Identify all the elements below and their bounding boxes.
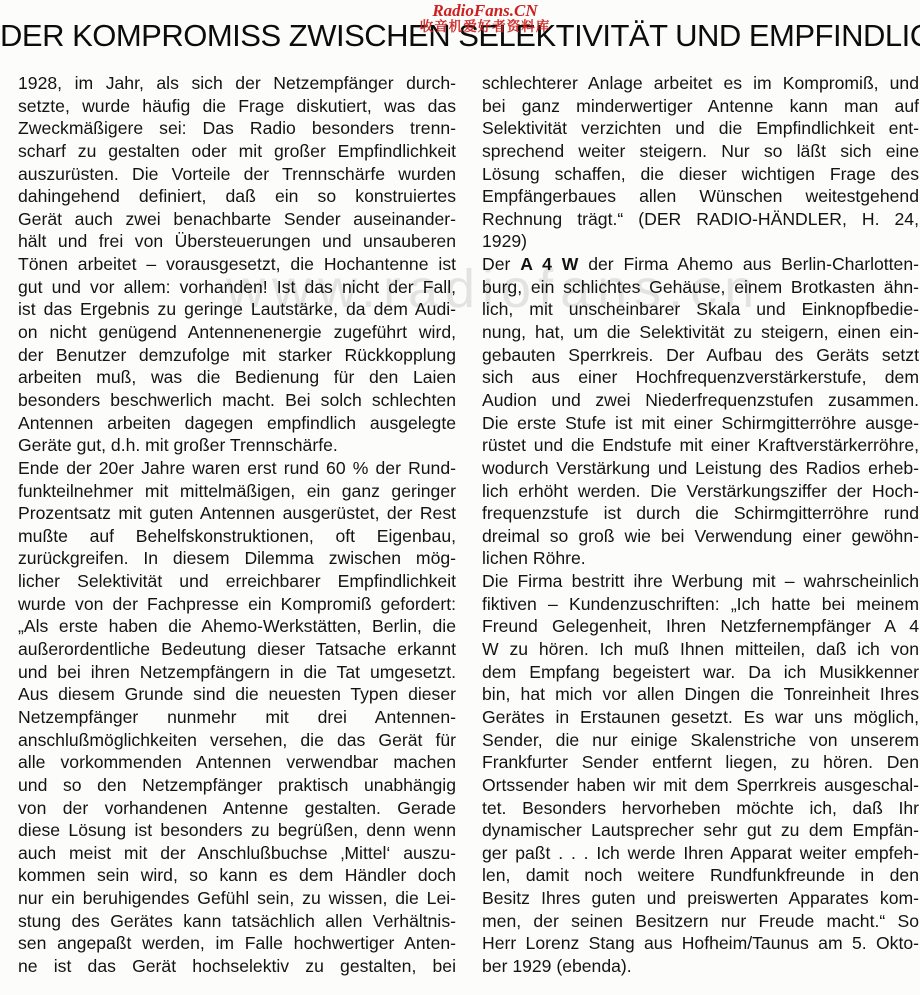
text-line: nur ein beruhigendes Gefühl sein, zu wis… xyxy=(18,887,456,910)
text-line: licher Selektivität und erreichbarer Emp… xyxy=(18,570,456,593)
text-line: 1928, im Jahr, als sich der Netzempfänge… xyxy=(18,72,456,95)
text-line: dem Empfang begeistert war. Da ich Musik… xyxy=(482,661,919,684)
text-line: on nicht genügend Antennenenergie zugefü… xyxy=(18,321,456,344)
text-line: auszurüsten. Die Vorteile der Trennschär… xyxy=(18,163,456,186)
text-line: scharf zu gestalten oder mit großer Empf… xyxy=(18,140,456,163)
text-line: stung des Gerätes kann tatsächlich allen… xyxy=(18,910,456,933)
text-line: ne ist das Gerät hochselektiv zu gestalt… xyxy=(18,955,456,978)
text-line: bin, hat mich vor allen Dingen die Tonre… xyxy=(482,683,919,706)
text-line: rüstet und die Endstufe mit einer Kraftv… xyxy=(482,434,919,457)
text-line: wurde von der Fachpresse ein Kompromiß g… xyxy=(18,593,456,616)
text-line: Netzempfänger nunmehr mit drei Antennen- xyxy=(18,706,456,729)
text-line: lich, mit unscheinbarer Skala und Einkno… xyxy=(482,298,919,321)
text-line: tet. Besonders hervorheben möchte ich, d… xyxy=(482,797,919,820)
text-line: anschlußmöglichkeiten versehen, die das … xyxy=(18,729,456,752)
text-line: Gerätes in Erstaunen gesetzt. Es war uns… xyxy=(482,706,919,729)
text-line: von der vorhandenen Antenne gestalten. G… xyxy=(18,797,456,820)
text-line: Freund Gelegenheit, Ihren Netzfernempfän… xyxy=(482,615,919,638)
text-line: dahingehend definiert, daß ein so konstr… xyxy=(18,185,456,208)
text-line: Sender, die nur einige Skalenstriche von… xyxy=(482,729,919,752)
text-line: Herr Lorenz Stang aus Hofheim/Taunus am … xyxy=(482,932,919,955)
text-line: der Benutzer demzufolge mit starker Rück… xyxy=(18,344,456,367)
text-line: nung, hat, um die Selektivität zu steige… xyxy=(482,321,919,344)
text-line: lich erhöht werden. Die Verstärkungsziff… xyxy=(482,480,919,503)
text-line: Zweckmäßigere sei: Das Radio besonders t… xyxy=(18,117,456,140)
site-watermark: RadioFans.CN 收音机爱好者资料库 xyxy=(420,2,551,34)
text-line: men, der seinen Besitzern nur Freude mac… xyxy=(482,910,919,933)
text-line: Frankfurter Sender entfernt liegen, zu h… xyxy=(482,751,919,774)
scanned-page: www.radiofans.cn RadioFans.CN 收音机爱好者资料库 … xyxy=(0,0,920,995)
text-line: Geräte gut, d.h. mit großer Trennschärfe… xyxy=(18,434,456,457)
text-line: frequenzstufe ist durch die Schirmgitter… xyxy=(482,502,919,525)
text-line: gut und vor allem: vorhanden! Ist das ni… xyxy=(18,276,456,299)
text-line: kommen sein wird, so kann es dem Händler… xyxy=(18,864,456,887)
text-line: mußte auf Behelfskonstruktionen, oft Eig… xyxy=(18,525,456,548)
text-line: Selektivität verzichten und die Empfindl… xyxy=(482,117,919,140)
text-line: Empfängerbaues allen Wünschen weitestgeh… xyxy=(482,185,919,208)
text-line: fiktiven – Kundenzuschriften: „Ich hatte… xyxy=(482,593,919,616)
text-line: Prozentsatz mit guten Antennen ausgerüst… xyxy=(18,502,456,525)
text-line: 1929) xyxy=(482,230,919,253)
text-line: gebauten Sperrkreis. Der Aufbau des Gerä… xyxy=(482,344,919,367)
text-line: wodurch Verstärkung und Leistung des Rad… xyxy=(482,457,919,480)
text-line: hält und frei von Übersteuerungen und un… xyxy=(18,230,456,253)
text-line: ger paßt . . . Ich werde Ihren Apparat w… xyxy=(482,842,919,865)
text-line: sich aus einer Hochfrequenzverstärkerstu… xyxy=(482,366,919,389)
text-line: Tönen arbeitet – vorausgesetzt, die Hoch… xyxy=(18,253,456,276)
text-line: funkteilnehmer mit mittelmäßigen, ein ga… xyxy=(18,480,456,503)
text-line: „Als erste haben die Ahemo-Werkstätten, … xyxy=(18,615,456,638)
text-line: zurückgreifen. In diesem Dilemma zwische… xyxy=(18,547,456,570)
text-line: W zu hören. Ich muß Ihnen mitteilen, daß… xyxy=(482,638,919,661)
text-line: setzte, wurde häufig die Frage diskutier… xyxy=(18,95,456,118)
site-watermark-latin: RadioFans.CN xyxy=(420,2,551,20)
text-line: Rechnung trägt.“ (DER RADIO-HÄNDLER, H. … xyxy=(482,208,919,231)
text-line: Der A 4 W der Firma Ahemo aus Berlin-Cha… xyxy=(482,253,919,276)
text-line: Antennen arbeiten dagegen empfindlich au… xyxy=(18,412,456,435)
text-line: Audion und zwei Niederfrequenzstufen zus… xyxy=(482,389,919,412)
text-line: burg, ein schlichtes Gehäuse, einem Brot… xyxy=(482,276,919,299)
text-line: diese Lösung ist besonders zu begrüßen, … xyxy=(18,819,456,842)
text-line: Ortssender haben wir mit dem Sperrkreis … xyxy=(482,774,919,797)
text-line: Gerät auch zwei benachbarte Sender ausei… xyxy=(18,208,456,231)
text-line: schlechterer Anlage arbeitet es im Kompr… xyxy=(482,72,919,95)
text-line: Ende der 20er Jahre waren erst rund 60 %… xyxy=(18,457,456,480)
text-line: alle vorkommenden Antennen verwendbar ma… xyxy=(18,751,456,774)
text-line: Besitz Ihres guten und preiswerten Appar… xyxy=(482,887,919,910)
site-watermark-cjk: 收音机爱好者资料库 xyxy=(420,20,551,34)
text-line: len, damit noch weitere Rundfunkfreunde … xyxy=(482,864,919,887)
text-line: besonders beschwerlich macht. Bei solch … xyxy=(18,389,456,412)
text-line: auch meist mit der Anschlußbuchse ‚Mitte… xyxy=(18,842,456,865)
text-line: lichen Röhre. xyxy=(482,547,919,570)
text-line: Lösung schaffen, die dieser wichtigen Fr… xyxy=(482,163,919,186)
text-line: und bei ihren Netzempfängern in die Tat … xyxy=(18,661,456,684)
text-line: dreimal so groß wie bei Verwendung einer… xyxy=(482,525,919,548)
text-line: Die Firma bestritt ihre Werbung mit – wa… xyxy=(482,570,919,593)
text-line: und so den Netzempfänger praktisch unabh… xyxy=(18,774,456,797)
text-line: dynamischer Lautsprecher sehr gut zu dem… xyxy=(482,819,919,842)
text-line: ber 1929 (ebenda). xyxy=(482,955,919,978)
column-right: schlechterer Anlage arbeitet es im Kompr… xyxy=(482,72,919,978)
column-left: 1928, im Jahr, als sich der Netzempfänge… xyxy=(18,72,456,978)
text-line: Die erste Stufe ist mit einer Schirmgitt… xyxy=(482,412,919,435)
text-line: sen angepaßt werden, im Falle hochwertig… xyxy=(18,932,456,955)
text-line: arbeiten muß, was die Bedienung für den … xyxy=(18,366,456,389)
text-line: bei ganz minderwertiger Antenne kann man… xyxy=(482,95,919,118)
text-line: außerordentliche Bedeutung dieser Tatsac… xyxy=(18,638,456,661)
body-text: 1928, im Jahr, als sich der Netzempfänge… xyxy=(18,72,919,978)
text-line: Aus diesem Grunde sind die neuesten Type… xyxy=(18,683,456,706)
text-line: ist das Ergebnis zu geringe Lautstärke, … xyxy=(18,298,456,321)
text-line: sprechend weiter steigern. Nur so läßt s… xyxy=(482,140,919,163)
